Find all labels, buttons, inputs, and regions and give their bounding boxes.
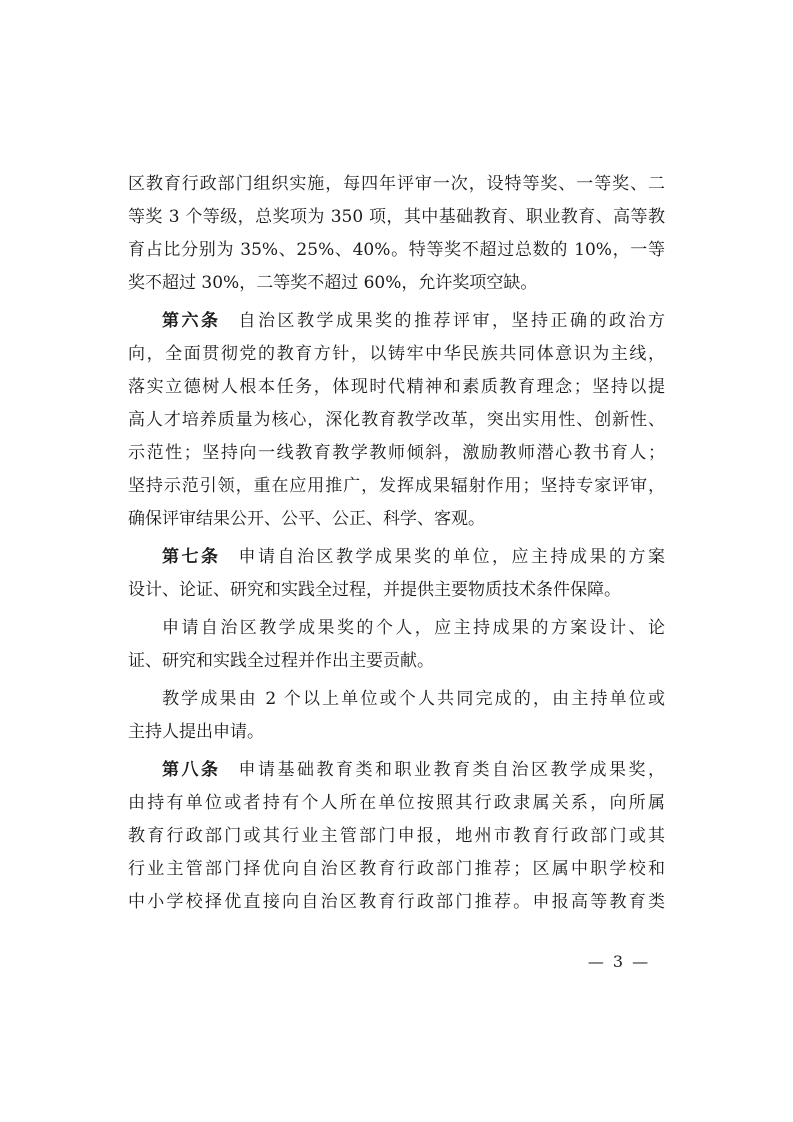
article-8: 第八条申请基础教育类和职业教育类自治区教学成果奖， 由持有单位或者持有个人所在单… [128,754,665,919]
text-line: 等奖 3 个等级，总奖项为 350 项，其中基础教育、职业教育、高等教 [128,201,665,234]
text-line: 落实立德树人根本任务，体现时代精神和素质教育理念；坚持以提 [128,371,665,404]
text-line: 第八条申请基础教育类和职业教育类自治区教学成果奖， [128,754,665,787]
text-line: 行业主管部门择优向自治区教育行政部门推荐；区属中职学校和 [128,853,665,886]
article-7: 第七条申请自治区教学成果奖的单位，应主持成果的方案 设计、论证、研究和实践全过程… [128,541,665,607]
text-line: 坚持示范引领，重在应用推广，发挥成果辐射作用；坚持专家评审， [128,470,665,503]
text-line: 示范性；坚持向一线教育教学教师倾斜，激励教师潜心教书育人； [128,437,665,470]
text-line: 教育行政部门或其行业主管部门申报，地州市教育行政部门或其 [128,820,665,853]
article-heading: 第七条 [162,547,221,567]
article-text: 申请基础教育类和职业教育类自治区教学成果奖， [239,760,666,780]
text-line: 申请自治区教学成果奖的个人，应主持成果的方案设计、论 [128,612,665,645]
paragraph-joint-completion: 教学成果由 2 个以上单位或个人共同完成的，由主持单位或 主持人提出申请。 [128,683,665,749]
text-line: 中小学校择优直接向自治区教育行政部门推荐。申报高等教育类 [128,886,665,919]
article-heading: 第八条 [162,760,221,780]
paragraph-individual-applicant: 申请自治区教学成果奖的个人，应主持成果的方案设计、论 证、研究和实践全过程并作出… [128,612,665,678]
text-line: 证、研究和实践全过程并作出主要贡献。 [128,645,665,678]
text-line: 教学成果由 2 个以上单位或个人共同完成的，由主持单位或 [128,683,665,716]
article-text: 自治区教学成果奖的推荐评审，坚持正确的政治方 [239,311,666,331]
article-6: 第六条自治区教学成果奖的推荐评审，坚持正确的政治方 向，全面贯彻党的教育方针，以… [128,305,665,536]
article-text: 申请自治区教学成果奖的单位，应主持成果的方案 [239,547,666,567]
text-line: 设计、论证、研究和实践全过程，并提供主要物质技术条件保障。 [128,574,665,607]
article-heading: 第六条 [162,311,221,331]
text-line: 奖不超过 30%，二等奖不超过 60%，允许奖项空缺。 [128,267,665,300]
text-line: 第七条申请自治区教学成果奖的单位，应主持成果的方案 [128,541,665,574]
paragraph-award-levels: 区教育行政部门组织实施，每四年评审一次，设特等奖、一等奖、二 等奖 3 个等级，… [128,168,665,300]
document-page: 区教育行政部门组织实施，每四年评审一次，设特等奖、一等奖、二 等奖 3 个等级，… [0,0,793,1122]
text-line: 育占比分别为 35%、25%、40%。特等奖不超过总数的 10%，一等 [128,234,665,267]
page-number: — 3 — [574,952,664,972]
text-line: 主持人提出申请。 [128,716,665,749]
text-line: 高人才培养质量为核心，深化教育教学改革，突出实用性、创新性、 [128,404,665,437]
text-line: 由持有单位或者持有个人所在单位按照其行政隶属关系，向所属 [128,787,665,820]
text-line: 确保评审结果公开、公平、公正、科学、客观。 [128,503,665,536]
text-line: 向，全面贯彻党的教育方针，以铸牢中华民族共同体意识为主线， [128,338,665,371]
document-body: 区教育行政部门组织实施，每四年评审一次，设特等奖、一等奖、二 等奖 3 个等级，… [128,168,665,924]
text-line: 区教育行政部门组织实施，每四年评审一次，设特等奖、一等奖、二 [128,168,665,201]
text-line: 第六条自治区教学成果奖的推荐评审，坚持正确的政治方 [128,305,665,338]
